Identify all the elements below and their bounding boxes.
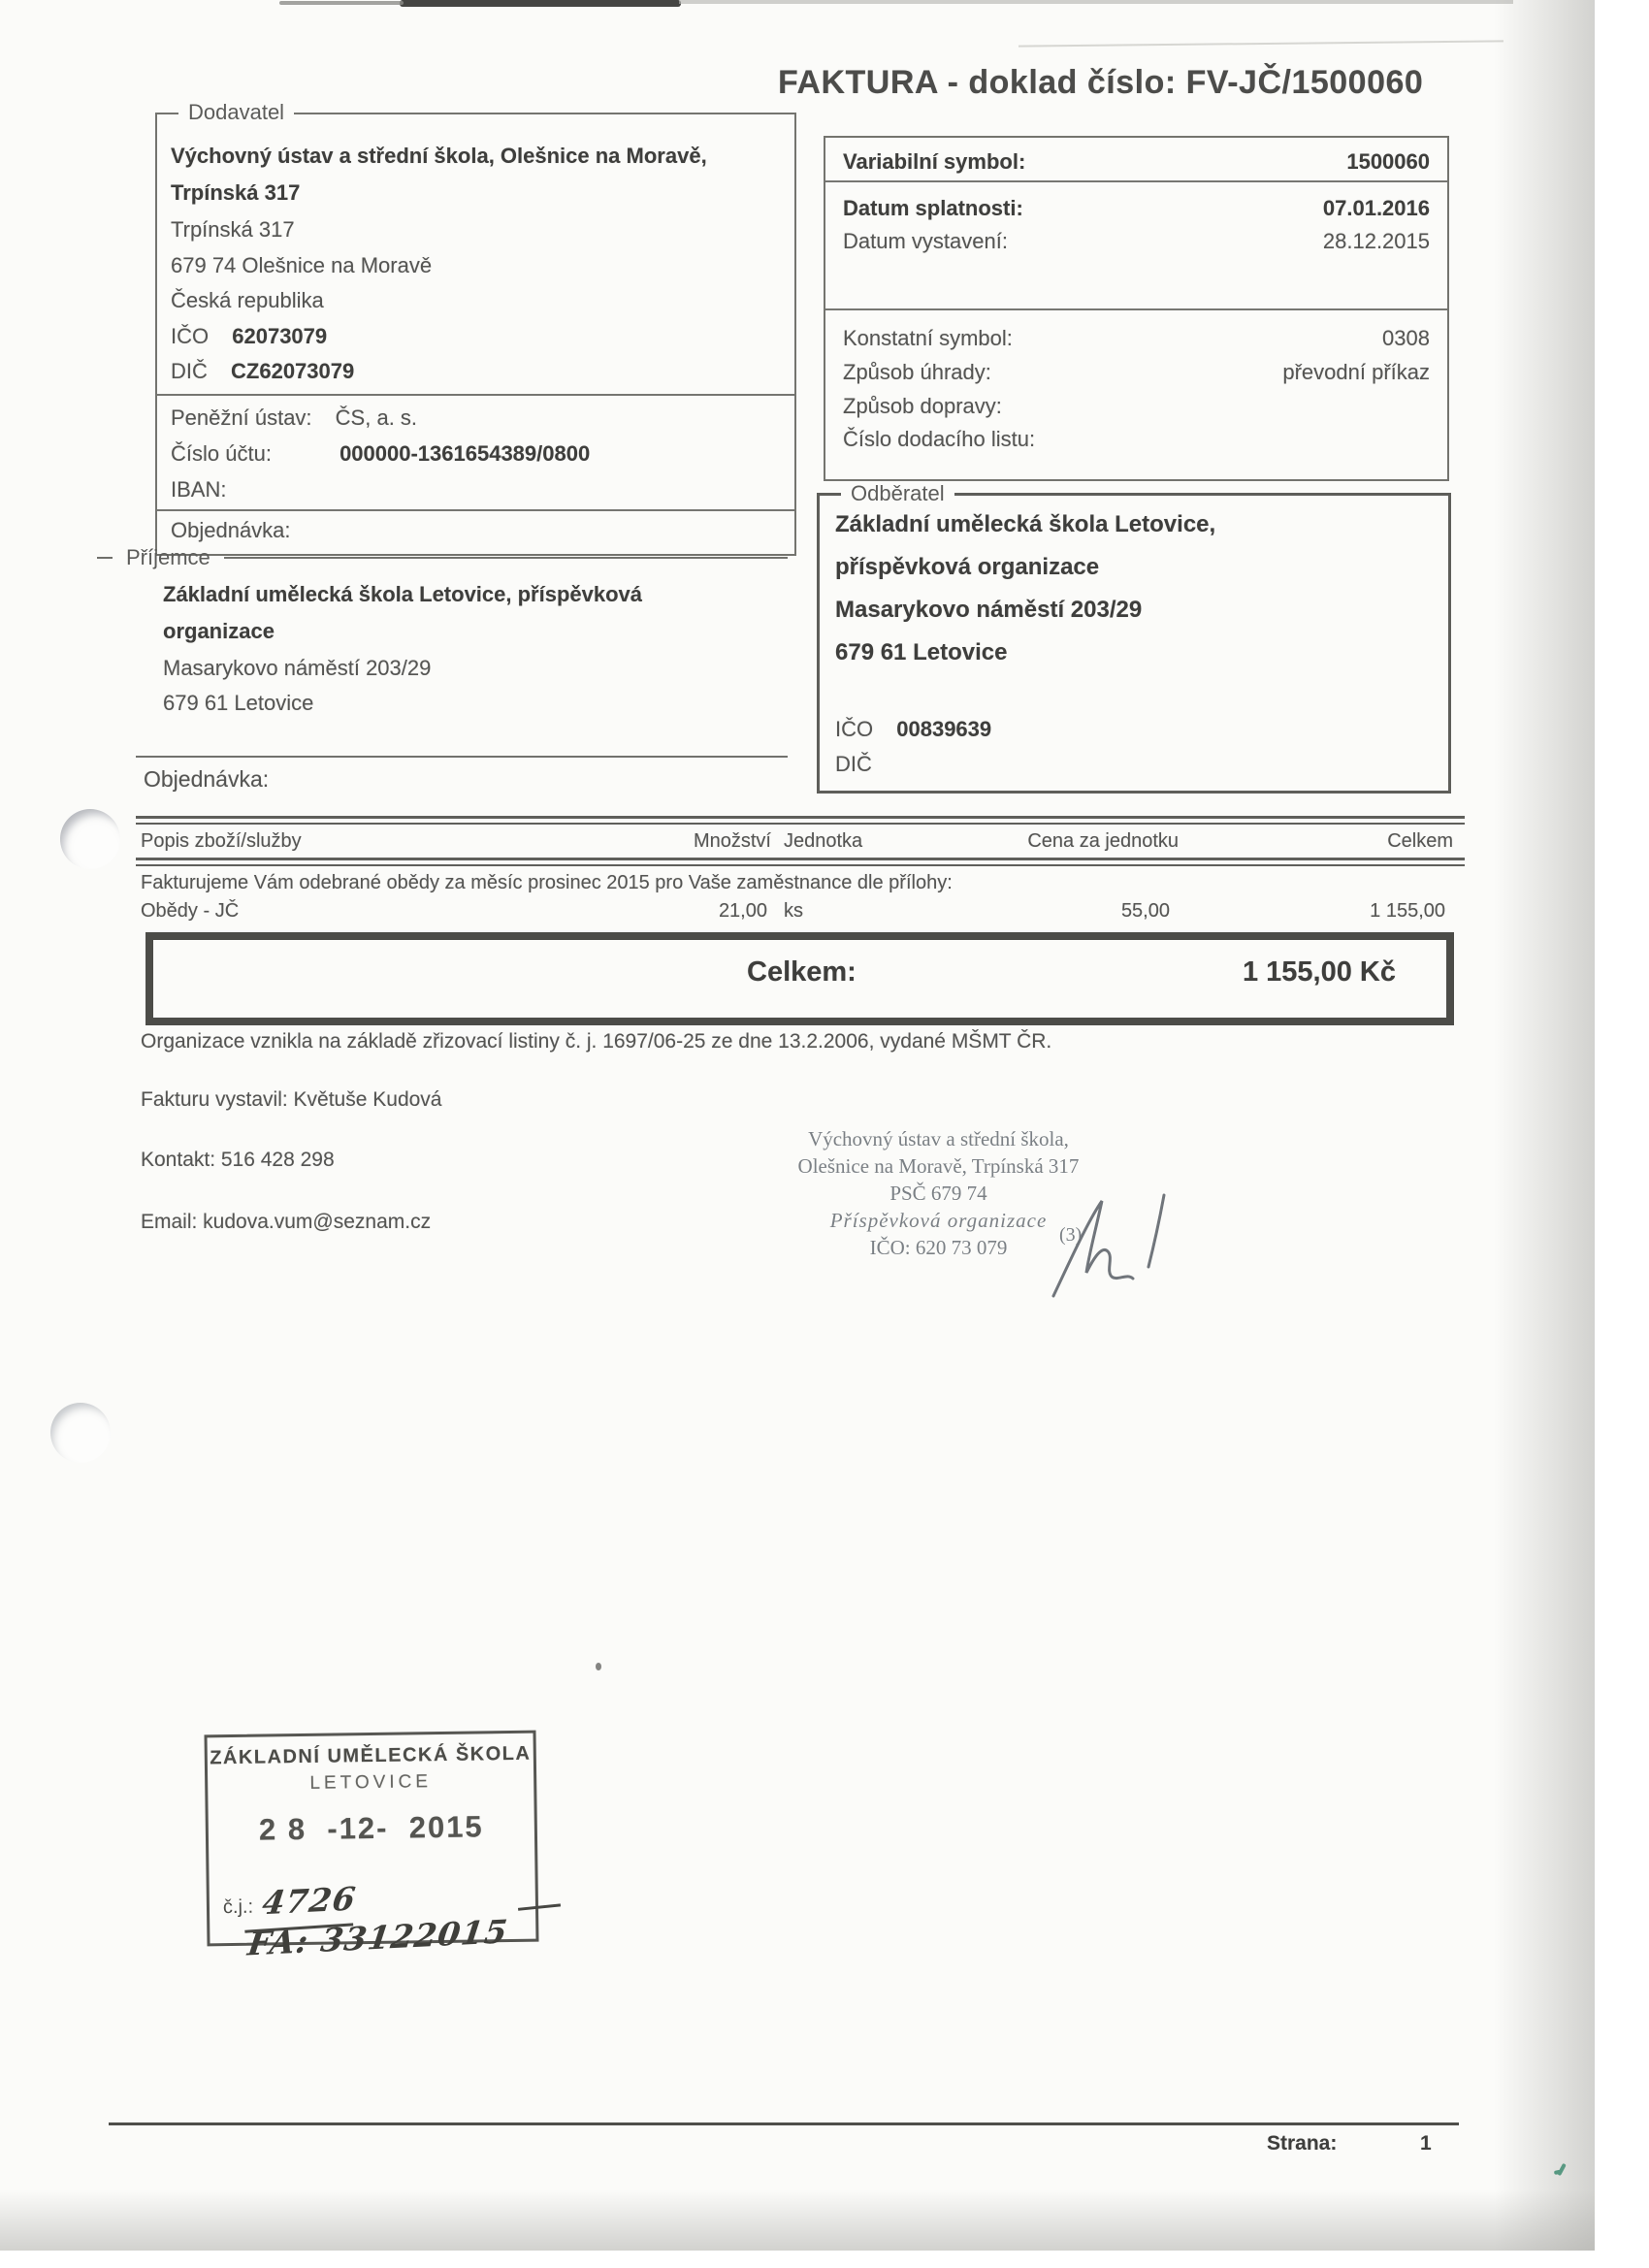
supplier-account-row: Číslo účtu: 000000-1361654389/0800 [171,441,785,467]
customer-name-line1: Základní umělecká škola Letovice, [835,511,1439,538]
received-stamp-city: LETOVICE [208,1770,533,1797]
org-note: Organizace vznikla na základě zřizovací … [141,1030,1051,1053]
supplier-divider-1 [157,394,794,396]
recipient-legend-dash [97,557,113,559]
scan-artifact-top-dark [400,0,681,7]
punch-hole-top [60,809,120,869]
item-quantity: 21,00 [719,900,767,923]
scanned-invoice-page: FAKTURA - doklad číslo: FV-JČ/1500060 Do… [0,0,1649,2268]
variable-symbol-value: 1500060 [1346,149,1430,175]
recipient-order-label: Objednávka: [144,766,269,793]
received-stamp-ref-row: č.j.: 4726 FA: 33122015 [223,1879,536,1959]
recipient-legend-line: Příjemce [97,545,788,570]
total-box: Celkem: 1 155,00 Kč [145,932,1454,1025]
supplier-bank-label: Peněžní ústav: [171,405,312,431]
supplier-city: 679 74 Olešnice na Moravě [171,253,785,278]
col-total-header: Celkem [1387,830,1453,853]
supplier-stamp-line1: Výchovný ústav a střední škola, [771,1125,1106,1152]
supplier-country: Česká republika [171,288,785,313]
received-stamp-school: ZÁKLADNÍ UMĚLECKÁ ŠKOLA [208,1743,533,1770]
supplier-order-label: Objednávka: [171,518,785,543]
supplier-box: Dodavatel Výchovný ústav a střední škola… [155,113,796,556]
supplier-street: Trpínská 317 [171,217,785,243]
customer-box: Odběratel Základní umělecká škola Letovi… [817,493,1451,794]
delivery-method-label: Způsob dopravy: [843,394,1002,418]
supplier-account-label: Číslo účtu: [171,441,272,467]
customer-name-line2: příspěvková organizace [835,554,1439,581]
customer-dic-label: DIČ [835,752,1439,777]
recipient-name-line1: Základní umělecká škola Letovice, příspě… [163,582,642,607]
scan-artifact-top-mid [279,1,404,5]
recipient-name-line2: organizace [163,619,275,644]
footer-rule [109,2122,1459,2125]
item-unit: ks [784,900,803,923]
variable-symbol-row: Variabilní symbol: 1500060 [843,149,1430,175]
variable-symbol-label: Variabilní symbol: [843,149,1025,174]
paper-right-edge-shadow [1494,0,1595,2268]
issued-by-note: Fakturu vystavil: Květuše Kudová [141,1088,441,1112]
received-stamp-date: 2 8 -12- 2015 [209,1809,534,1849]
supplier-ico-label: IČO [171,324,209,349]
handwritten-signature [1046,1187,1181,1306]
delivery-note-row: Číslo dodacího listu: [843,427,1430,452]
issue-date-row: Datum vystavení: 28.12.2015 [843,229,1430,254]
item-description: Obědy - JČ [141,900,239,923]
supplier-bank-row: Peněžní ústav: ČS, a. s. [171,405,785,431]
punch-hole-bottom [50,1403,111,1463]
supplier-dic-label: DIČ [171,359,208,384]
supplier-name-line2: Trpínská 317 [171,180,785,206]
supplier-dic-row: DIČ CZ62073079 [171,359,785,384]
due-date-value: 07.01.2016 [1323,196,1430,221]
due-date-row: Datum splatnosti: 07.01.2016 [843,196,1430,221]
customer-ico-label: IČO [835,717,873,742]
invoice-title: FAKTURA - doklad číslo: FV-JČ/1500060 [778,64,1515,102]
page-label: Strana: [1267,2132,1337,2155]
recipient-street: Masarykovo náměstí 203/29 [163,656,431,681]
constant-symbol-label: Konstatní symbol: [843,326,1013,350]
supplier-iban-label: IBAN: [171,477,785,502]
col-description-header: Popis zboží/služby [141,830,302,853]
scan-artifact-top-light [679,0,1513,4]
scan-fold-line [1018,40,1503,47]
item-unit-price: 55,00 [1121,900,1170,923]
supplier-stamp-line2: Olešnice na Moravě, Trpínská 317 [771,1152,1106,1180]
total-label: Celkem: [747,956,857,988]
table-note: Fakturujeme Vám odebrané obědy za měsíc … [141,872,953,894]
supplier-bank-value: ČS, a. s. [336,405,417,431]
recipient-city: 679 61 Letovice [163,691,313,716]
supplier-account-value: 000000-1361654389/0800 [339,441,590,467]
col-unit-header: Jednotka [784,830,862,853]
col-unit-price-header: Cena za jednotku [1027,830,1179,853]
page-number: 1 [1420,2132,1432,2155]
supplier-legend: Dodavatel [178,100,294,125]
constant-symbol-value: 0308 [1382,326,1430,351]
total-value: 1 155,00 Kč [1243,956,1396,988]
issue-date-label: Datum vystavení: [843,229,1008,253]
table-header-row: Popis zboží/služby Množství Jednotka Cen… [136,830,1465,856]
item-total: 1 155,00 [1370,900,1445,923]
customer-city: 679 61 Letovice [835,639,1439,666]
paper-bottom-edge-shadow [0,2190,1595,2251]
supplier-name-line1: Výchovný ústav a střední škola, Olešnice… [171,144,785,169]
ref-label: č.j.: [223,1896,253,1918]
payment-divider-2 [825,308,1447,310]
scanner-background-right [1595,0,1649,2268]
customer-legend: Odběratel [841,481,954,506]
contact-note: Kontakt: 516 428 298 [141,1149,335,1172]
supplier-divider-2 [157,509,794,511]
payment-divider-1 [825,180,1447,182]
payment-method-row: Způsob úhrady: převodní příkaz [843,360,1430,385]
supplier-ico-value: 62073079 [232,324,327,349]
delivery-method-row: Způsob dopravy: [843,394,1430,419]
col-quantity-header: Množství [694,830,771,853]
recipient-legend-rule [224,557,788,559]
due-date-label: Datum splatnosti: [843,196,1023,220]
constant-symbol-row: Konstatní symbol: 0308 [843,326,1430,351]
table-top-rule [136,816,1465,825]
supplier-ico-row: IČO 62073079 [171,324,785,349]
payment-method-label: Způsob úhrady: [843,360,991,384]
customer-street: Masarykovo náměstí 203/29 [835,597,1439,624]
table-header-rule [136,858,1465,866]
email-note: Email: kudova.vum@seznam.cz [141,1211,431,1234]
issue-date-value: 28.12.2015 [1323,229,1430,254]
customer-ico-value: 00839639 [896,717,991,742]
scanner-background-bottom [0,2251,1649,2268]
table-item-row: Obědy - JČ 21,00 ks 55,00 1 155,00 [136,900,1465,925]
ref-number-handwritten: 4726 [260,1880,358,1923]
payment-method-value: převodní příkaz [1282,360,1430,385]
recipient-divider [136,756,788,758]
ink-speck [596,1663,601,1670]
recipient-legend: Příjemce [126,545,210,570]
payment-details-box: Variabilní symbol: 1500060 Datum splatno… [824,136,1449,481]
received-stamp: ZÁKLADNÍ UMĚLECKÁ ŠKOLA LETOVICE 2 8 -12… [204,1731,538,1947]
supplier-dic-value: CZ62073079 [231,359,354,384]
customer-ico-row: IČO 00839639 [835,717,1439,742]
delivery-note-label: Číslo dodacího listu: [843,427,1035,451]
